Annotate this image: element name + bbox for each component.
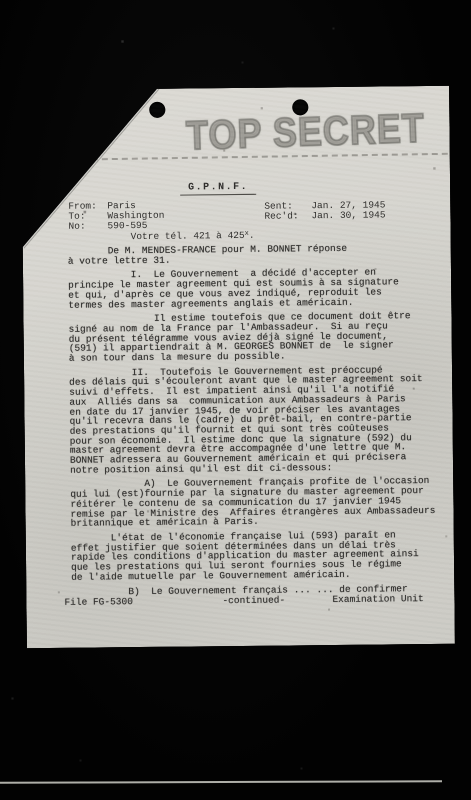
paragraph-point-a: A) Le Gouvernement français profite de l…	[70, 476, 448, 528]
paragraph-point-a-cont: L'état de l'économie française lui (593)…	[71, 530, 449, 582]
reference-line: Votre tél. 421 à 425x.	[131, 230, 255, 242]
paragraph-section-1: I. Le Gouvernement a décidé d'accepter e…	[68, 267, 446, 310]
message-body: De M. MENDES-FRANCE pour M. BONNET répon…	[68, 243, 450, 602]
reference-superscript: x	[245, 230, 249, 238]
scanner-background: TOP SECRET G.P.N.F. From:Paris To:Washin…	[0, 0, 471, 800]
received-value: Jan. 30, 1945	[311, 209, 385, 221]
paragraph-section-1-cont: Il estime toutefois que ce document doit…	[68, 311, 446, 363]
top-secret-stamp: TOP SECRET	[185, 105, 425, 160]
routing-code-heading: G.P.N.F.	[180, 182, 256, 196]
paragraph-salutation: De M. MENDES-FRANCE pour M. BONNET répon…	[68, 243, 446, 266]
received-label: Rec'd:	[264, 211, 311, 221]
continued-marker: -continued-	[222, 595, 285, 607]
document-page: TOP SECRET G.P.N.F. From:Paris To:Washin…	[21, 86, 455, 648]
examination-unit-label: Examination Unit	[332, 593, 423, 605]
file-number: File FG-5300	[64, 596, 133, 608]
received-row: Rec'd:Jan. 30, 1945	[264, 210, 385, 221]
message-routing-block: From:Paris To:Washington No:590-595	[68, 201, 164, 232]
background-noise	[0, 0, 1, 1]
reference-period: .	[249, 230, 255, 241]
paragraph-section-2: II. Toutefois le Gouvernement est préocc…	[69, 365, 448, 476]
number-value: 590-595	[107, 220, 147, 231]
paper-speckles	[21, 90, 22, 91]
number-label: No:	[68, 221, 107, 231]
scan-artifact-line	[0, 780, 442, 784]
message-dates-block: Sent:Jan. 27, 1945 Rec'd:Jan. 30, 1945	[264, 200, 385, 221]
punch-hole-icon	[149, 102, 165, 118]
reference-text: Votre tél. 421 à 425	[131, 230, 245, 242]
